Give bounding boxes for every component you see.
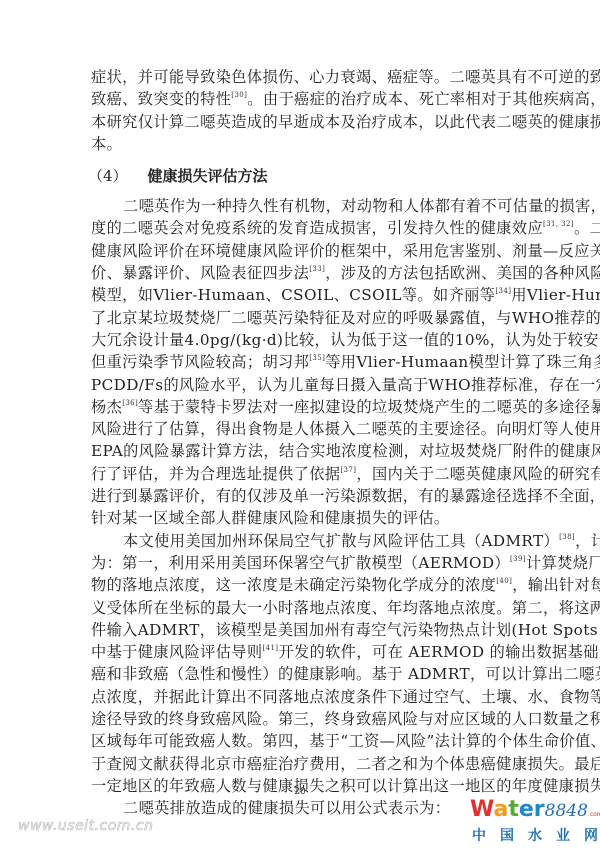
text-line: 健康风险评价在环境健康风险评价的框架中，采用危害鉴别、剂量—反应关系评 (91, 240, 511, 262)
text-run: 价、暴露评价、风险表征四步法 (91, 264, 309, 282)
text-line: 但重污染季节风险较高；胡习邦[35]等用Vlier-Humaan模型计算了珠三角… (91, 351, 511, 373)
paragraph-method-process: 本文使用美国加州环保局空气扩散与风险评估工具（ADMRT）[38]，计算过程为：… (91, 530, 511, 798)
citation-ref: [38] (559, 533, 575, 541)
logo-domain: .com (588, 811, 600, 818)
text-run: 区域每年可能致癌人数。第四，基于“工资—风险”法计算的个体生命价值、基 (91, 732, 600, 750)
text-run: ，涉及的方法包括欧洲、美国的各种风险评估 (325, 264, 600, 282)
text-run: 癌和非致癌（急性和慢性）的健康影响。基于 ADMRT，可以计算出二噁英的落地 (91, 665, 600, 683)
text-run: PCDD/Fs的风险水平，认为儿童每日摄入量高于WHO推荐标准，存在一定健康风险… (91, 376, 600, 394)
text-line: 杨杰[36]等基于蒙特卡罗法对一座拟建设的垃圾焚烧产生的二噁英的多途径暴露 (91, 396, 511, 418)
text-run: 为：第一，利用采用美国环保署空气扩散模型（AERMOD） (91, 554, 510, 572)
text-line: 二噁英作为一种持久性有机物，对动物和人体都有着不可估量的损害，高浓 (91, 195, 511, 217)
section-number: （4） (88, 167, 128, 185)
logo-brand: Water8848.com (470, 798, 595, 827)
text-line: 中基于健康风险评估导则[41]开发的软件，可在 AERMOD 的输出数据基础上评… (91, 641, 511, 663)
logo-letters-er: er (519, 797, 545, 822)
text-line: 物的落地点浓度，这一浓度是未确定污染物化学成分的浓度[40]，输出针对每个定 (91, 574, 511, 596)
text-run: 本研究仅计算二噁英造成的早逝成本及治疗成本，以此代表二噁英的健康损失成 (91, 113, 600, 131)
text-line: 区域每年可能致癌人数。第四，基于“工资—风险”法计算的个体生命价值、基 (91, 730, 511, 752)
citation-ref: [40] (496, 577, 512, 585)
document-page: 症状，并可能导致染色体损伤、心力衰竭、癌症等。二噁英具有不可逆的致畸、致癌、致突… (91, 66, 511, 820)
text-line: 二噁英排放造成的健康损失可以用公式表示为： (91, 797, 511, 819)
text-line: 点浓度，并据此计算出不同落地点浓度条件下通过空气、土壤、水、食物等暴露 (91, 686, 511, 708)
text-line: 癌和非致癌（急性和慢性）的健康影响。基于 ADMRT，可以计算出二噁英的落地 (91, 663, 511, 685)
text-line: 义受体所在坐标的最大一小时落地点浓度、年均落地点浓度。第二，将这两个文 (91, 597, 511, 619)
text-line: 度的二噁英会对免疫系统的发育造成损害，引发持久性的健康效应[31, 32]。二噁… (91, 217, 511, 239)
watermark-useit: www.useit.com.cn (18, 818, 153, 834)
text-run: 针对某一区域全部人群健康风险和健康损失的评估。 (91, 509, 450, 527)
text-run: 风险进行了估算，得出食物是人体摄入二噁英的主要途径。向明灯等人使用美国 (91, 420, 600, 438)
text-run: 于查阅文献获得北京市癌症治疗费用，二者之和为个体患癌健康损失。最后，用 (91, 755, 600, 773)
text-run: 但重污染季节风险较高；胡习邦 (91, 353, 309, 371)
text-line: 本文使用美国加州环保局空气扩散与风险评估工具（ADMRT）[38]，计算过程 (91, 530, 511, 552)
text-line: 途径导致的终身致癌风险。第三，终身致癌风险与对应区域的人口数量之积为该 (91, 708, 511, 730)
citation-ref: [36] (122, 399, 138, 407)
text-run: 模型，如Vlier-Humaan、CSOIL、CSOIL等。如齐丽等 (91, 286, 495, 304)
paragraph-intro: 症状，并可能导致染色体损伤、心力衰竭、癌症等。二噁英具有不可逆的致畸、致癌、致突… (91, 66, 511, 155)
text-run: 症状，并可能导致染色体损伤、心力衰竭、癌症等。二噁英具有不可逆的致畸、 (91, 68, 600, 86)
text-line: 了北京某垃圾焚烧厂二噁英污染特征及对应的呼吸暴露值，与WHO推荐的每日最 (91, 307, 511, 329)
text-run: 杨杰 (91, 398, 122, 416)
citation-ref: [33] (309, 265, 325, 273)
section-heading: （4）健康损失评估方法 (88, 165, 511, 187)
text-run: 本文使用美国加州环保局空气扩散与风险评估工具（ADMRT） (123, 532, 559, 550)
logo-letter-t: t (508, 797, 519, 822)
text-line: 为：第一，利用采用美国环保署空气扩散模型（AERMOD）[39]计算焚烧厂空气污… (91, 552, 511, 574)
citation-ref: [34] (495, 287, 511, 295)
text-line: 针对某一区域全部人群健康风险和健康损失的评估。 (91, 507, 511, 529)
text-run: 致癌、致突变的特性 (91, 90, 231, 108)
citation-ref: [37] (340, 466, 356, 474)
text-run: 健康风险评价在环境健康风险评价的框架中，采用危害鉴别、剂量—反应关系评 (91, 242, 600, 260)
text-line: 症状，并可能导致染色体损伤、心力衰竭、癌症等。二噁英具有不可逆的致畸、 (91, 66, 511, 88)
text-run: 用Vlier-Humaan模型计算 (511, 286, 600, 304)
text-run: 行了评估，并为合理选址提供了依据 (91, 465, 340, 483)
text-line: 致癌、致突变的特性[30]。由于癌症的治疗成本、死亡率相对于其他疾病高，因此， (91, 88, 511, 110)
text-line: 件输入ADMRT，该模型是美国加州有毒空气污染物热点计划(Hot Spots P… (91, 619, 511, 641)
text-run: 开发的软件，可在 AERMOD 的输出数据基础上评估致 (278, 643, 600, 661)
paragraph-formula-intro: 二噁英排放造成的健康损失可以用公式表示为： (91, 797, 511, 819)
citation-ref: [35] (309, 354, 325, 362)
text-run: 等基于蒙特卡罗法对一座拟建设的垃圾焚烧产生的二噁英的多途径暴露 (138, 398, 600, 416)
text-run: 等用Vlier-Humaan模型计算了珠三角多介质中 (325, 353, 600, 371)
text-line: PCDD/Fs的风险水平，认为儿童每日摄入量高于WHO推荐标准，存在一定健康风险… (91, 374, 511, 396)
text-line: 进行到暴露评价，有的仅涉及单一污染源数据，有的暴露途径选择不全面，没有 (91, 485, 511, 507)
watermark-water8848-logo: Water8848.com 中国水业网 (470, 798, 595, 845)
text-run: 点浓度，并据此计算出不同落地点浓度条件下通过空气、土壤、水、食物等暴露 (91, 688, 600, 706)
text-run: 大冗余设计量4.0pg/(kg·d)比较，认为低于这一值的10%，认为处于较安全… (91, 331, 600, 349)
text-run: ，计算过程 (575, 532, 600, 550)
logo-chinese-name: 中国水业网 (472, 827, 595, 845)
citation-ref: [39] (510, 555, 526, 563)
text-line: 于查阅文献获得北京市癌症治疗费用，二者之和为个体患癌健康损失。最后，用 (91, 753, 511, 775)
page-number: 20 (0, 787, 600, 797)
text-run: 度的二噁英会对免疫系统的发育造成损害，引发持久性的健康效应 (91, 219, 543, 237)
section-title: 健康损失评估方法 (148, 167, 268, 185)
text-run: ，国内关于二噁英健康风险的研究有的只 (356, 465, 600, 483)
paragraph-method-review: 二噁英作为一种持久性有机物，对动物和人体都有着不可估量的损害，高浓度的二噁英会对… (91, 195, 511, 529)
text-run: 计算焚烧厂空气污染 (526, 554, 600, 572)
citation-ref: [30] (231, 91, 247, 99)
text-line: 本研究仅计算二噁英造成的早逝成本及治疗成本，以此代表二噁英的健康损失成 (91, 111, 511, 133)
text-run: ，输出针对每个定 (512, 576, 600, 594)
text-run: 途径导致的终身致癌风险。第三，终身致癌风险与对应区域的人口数量之积为该 (91, 710, 600, 728)
citation-ref: [41] (262, 644, 278, 652)
logo-number: 8848 (545, 801, 588, 821)
text-run: 本。 (91, 135, 122, 153)
text-line: 行了评估，并为合理选址提供了依据[37]，国内关于二噁英健康风险的研究有的只 (91, 463, 511, 485)
text-line: 模型，如Vlier-Humaan、CSOIL、CSOIL等。如齐丽等[34]用V… (91, 284, 511, 306)
logo-letter-w: W (470, 797, 493, 822)
text-run: 二噁英排放造成的健康损失可以用公式表示为： (123, 799, 450, 817)
text-run: 件输入ADMRT，该模型是美国加州有毒空气污染物热点计划(Hot Spots P… (91, 621, 600, 639)
text-run: 二噁英作为一种持久性有机物，对动物和人体都有着不可估量的损害，高浓 (123, 197, 600, 215)
text-run: 。二噁英 (574, 219, 600, 237)
text-line: EPA的风险暴露计算方法，结合实地浓度检测，对垃圾焚烧厂附件的健康风险进 (91, 440, 511, 462)
text-run: 中基于健康风险评估导则 (91, 643, 262, 661)
logo-letter-a: a (493, 797, 508, 822)
text-line: 价、暴露评价、风险表征四步法[33]，涉及的方法包括欧洲、美国的各种风险评估 (91, 262, 511, 284)
text-line: 大冗余设计量4.0pg/(kg·d)比较，认为低于这一值的10%，认为处于较安全… (91, 329, 511, 351)
citation-ref: [31, 32] (543, 220, 574, 228)
text-run: 了北京某垃圾焚烧厂二噁英污染特征及对应的呼吸暴露值，与WHO推荐的每日最 (91, 309, 600, 327)
text-run: 义受体所在坐标的最大一小时落地点浓度、年均落地点浓度。第二，将这两个文 (91, 599, 600, 617)
text-run: 进行到暴露评价，有的仅涉及单一污染源数据，有的暴露途径选择不全面，没有 (91, 487, 600, 505)
text-run: 。由于癌症的治疗成本、死亡率相对于其他疾病高，因此， (247, 90, 600, 108)
text-line: 本。 (91, 133, 511, 155)
text-run: 物的落地点浓度，这一浓度是未确定污染物化学成分的浓度 (91, 576, 496, 594)
text-line: 风险进行了估算，得出食物是人体摄入二噁英的主要途径。向明灯等人使用美国 (91, 418, 511, 440)
text-run: EPA的风险暴露计算方法，结合实地浓度检测，对垃圾焚烧厂附件的健康风险进 (91, 442, 600, 460)
